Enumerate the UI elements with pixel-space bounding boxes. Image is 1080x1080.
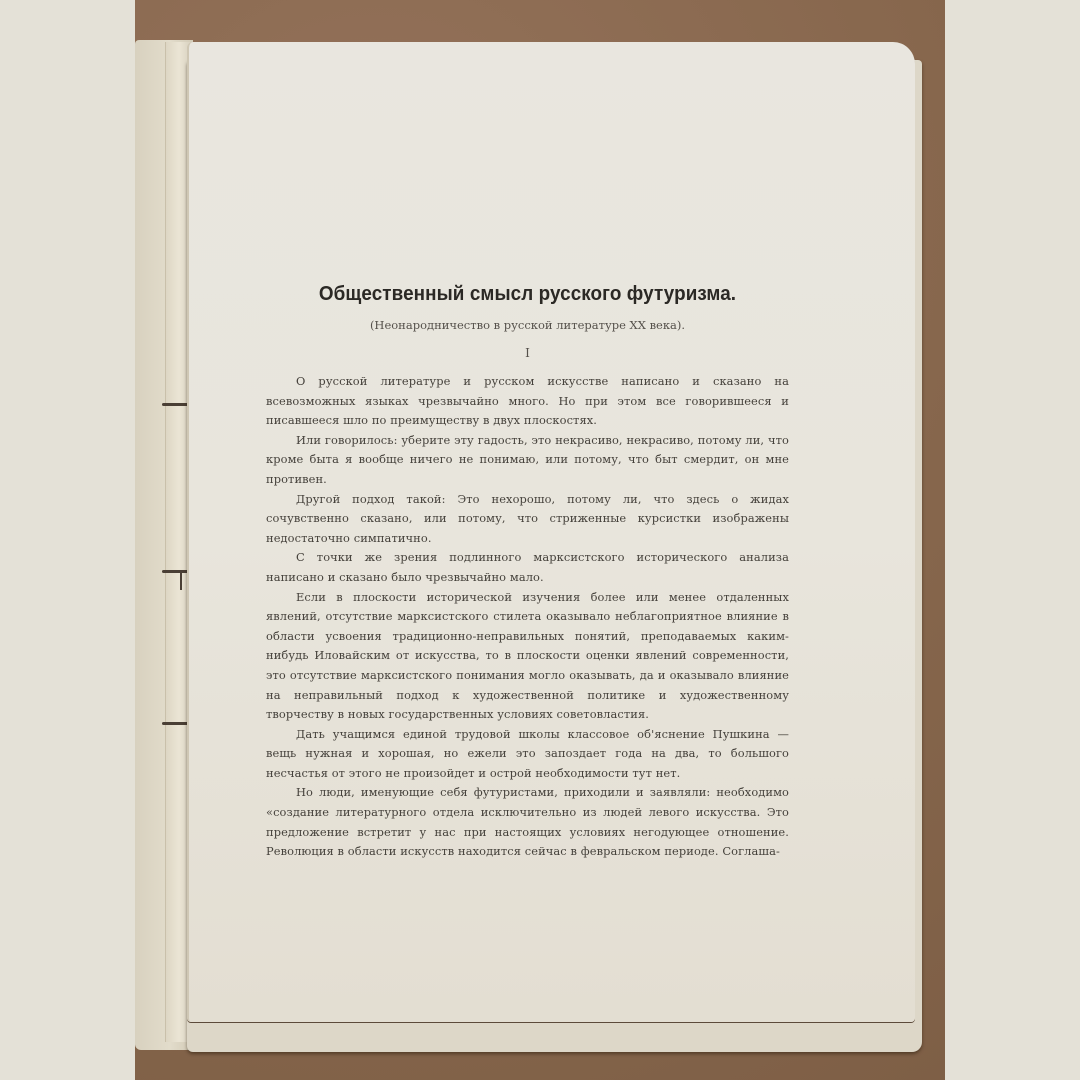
paragraph: Дать учащимся единой трудовой школы клас… [266,725,789,784]
document-title: Общественный смысл русского футуризма. [287,282,768,306]
document-page: Общественный смысл русского футуризма. (… [187,42,915,1022]
paragraph: Но люди, именующие себя футуристами, при… [266,783,789,861]
paragraph: С точки же зрения подлинного марксистско… [266,548,789,587]
paragraph: Если в плоскости исторической изучения б… [266,588,789,725]
paragraph: О русской литературе и русском искусстве… [266,372,789,431]
section-number: I [266,346,789,360]
page-content: Общественный смысл русского футуризма. (… [266,282,789,862]
document-subtitle: (Неонародничество в русской литературе X… [266,318,789,332]
book-photo: Общественный смысл русского футуризма. (… [135,0,945,1080]
paragraph: Другой подход такой: Это нехорошо, потом… [266,490,789,549]
paragraph: Или говорилось: уберите эту гадость, это… [266,431,789,490]
